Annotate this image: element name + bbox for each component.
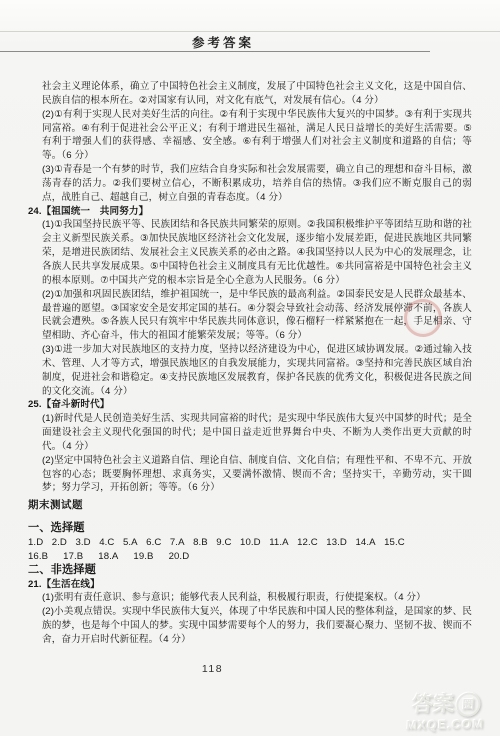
choice-answer: 6.C [146, 536, 161, 550]
page-number: 118 [0, 663, 425, 675]
question-25-number: 25. [28, 399, 42, 410]
question-21-number: 21. [28, 579, 42, 590]
watermark-site-url: MXQE.COM [391, 717, 500, 733]
question-25-title: 25.【奋斗新时代】 [28, 398, 472, 412]
choice-answers-row-2: 16.B 17.B 18.A 19.B 20.D [28, 550, 472, 564]
watermark-logo-row: 答案 圈 [392, 692, 500, 718]
choice-answers-row-1: 1.D 2.D 3.D 4.C 5.A 6.C 7.A 8.B 9.C 10.D… [28, 536, 472, 550]
choice-answer: 4.C [99, 536, 114, 550]
choice-answer: 17.B [63, 550, 83, 564]
choice-answer: 20.D [169, 550, 190, 564]
choice-answer: 15.C [384, 536, 405, 550]
choice-answer: 18.A [98, 550, 118, 564]
final-test-heading: 期末测试题 [28, 499, 472, 513]
answer-25-part2: (2)坚定中国特色社会主义道路自信、理论自信、制度自信、文化自信；有理性平和、不… [28, 454, 472, 496]
choice-answer: 1.D [28, 536, 43, 550]
answer-21-part1: (1)张明有责任意识、参与意识；能够代表人民利益，积极履行职责，行使提案权。（4… [28, 591, 472, 605]
watermark-logo: 答案 圈 MXQE.COM [391, 692, 500, 733]
question-24-title-text: 【祖国统一 共同努力】 [42, 206, 149, 217]
choice-answer: 10.D [240, 536, 261, 550]
choice-answer: 19.B [133, 550, 153, 564]
choice-answer: 11.A [269, 536, 288, 550]
answers-content: 社会主义理论体系，确立了中国特色社会主义制度，发展了中国特色社会主义文化，这是中… [28, 80, 472, 647]
choice-answer: 16.B [28, 550, 48, 564]
answer-23-continuation: 社会主义理论体系，确立了中国特色社会主义制度，发展了中国特色社会主义文化，这是中… [28, 80, 472, 108]
choice-answer: 3.D [75, 536, 90, 550]
header-rule [0, 51, 430, 52]
choice-answer: 12.C [297, 536, 318, 550]
choice-answer: 13.D [326, 536, 347, 550]
choice-answer: 7.A [170, 536, 185, 550]
choice-section-heading: 一、选择题 [28, 522, 472, 536]
watermark-circle-icon: 圈 [456, 692, 481, 716]
answer-21-part2: (2)小美观点错误。实现中华民族伟大复兴，体现了中华民族和中国人民的整体利益，是… [28, 605, 472, 647]
choice-answer: 14.A [355, 536, 375, 550]
answer-24-part3: (3)①进一步加大对民族地区的支持力度，坚持以经济建设为中心，促进区域协调发展。… [28, 343, 472, 398]
answer-24-part1: (1)①我国坚持民族平等、民族团结和各民族共同繁荣的原则。②我国积极维护平等团结… [28, 218, 472, 287]
question-21-title-text: 【生活在线】 [42, 579, 100, 590]
answer-23-part2: (2)①有利于实现人民对美好生活的向往。②有利于实现中华民族伟大复兴的中国梦。③… [28, 108, 472, 163]
question-21-title: 21.【生活在线】 [28, 578, 472, 592]
question-24-number: 24. [28, 206, 42, 217]
top-faint-rule [0, 31, 500, 32]
answer-25-part1: (1)新时代是人民创造美好生活、实现共同富裕的时代；是实现中华民族伟大复兴中国梦… [28, 412, 472, 454]
answer-key-page: 参考答案 社会主义理论体系，确立了中国特色社会主义制度，发展了中国特色社会主义文… [0, 0, 500, 736]
question-24-title: 24.【祖国统一 共同努力】 [28, 205, 472, 219]
answer-23-part3: (3)①青春是一个有梦的时节，我们应结合自身实际和社会发展需要，确立自己的理想和… [28, 163, 472, 205]
non-choice-section-heading: 二、非选择题 [28, 564, 472, 578]
page-title: 参考答案 [0, 33, 446, 51]
watermark-logo-text: 答案 [412, 693, 455, 718]
choice-answer: 2.D [52, 536, 67, 550]
choice-answer: 8.B [193, 536, 208, 550]
choice-answer: 5.A [123, 536, 138, 550]
choice-answer: 9.C [216, 536, 231, 550]
question-25-title-text: 【奋斗新时代】 [42, 399, 110, 410]
